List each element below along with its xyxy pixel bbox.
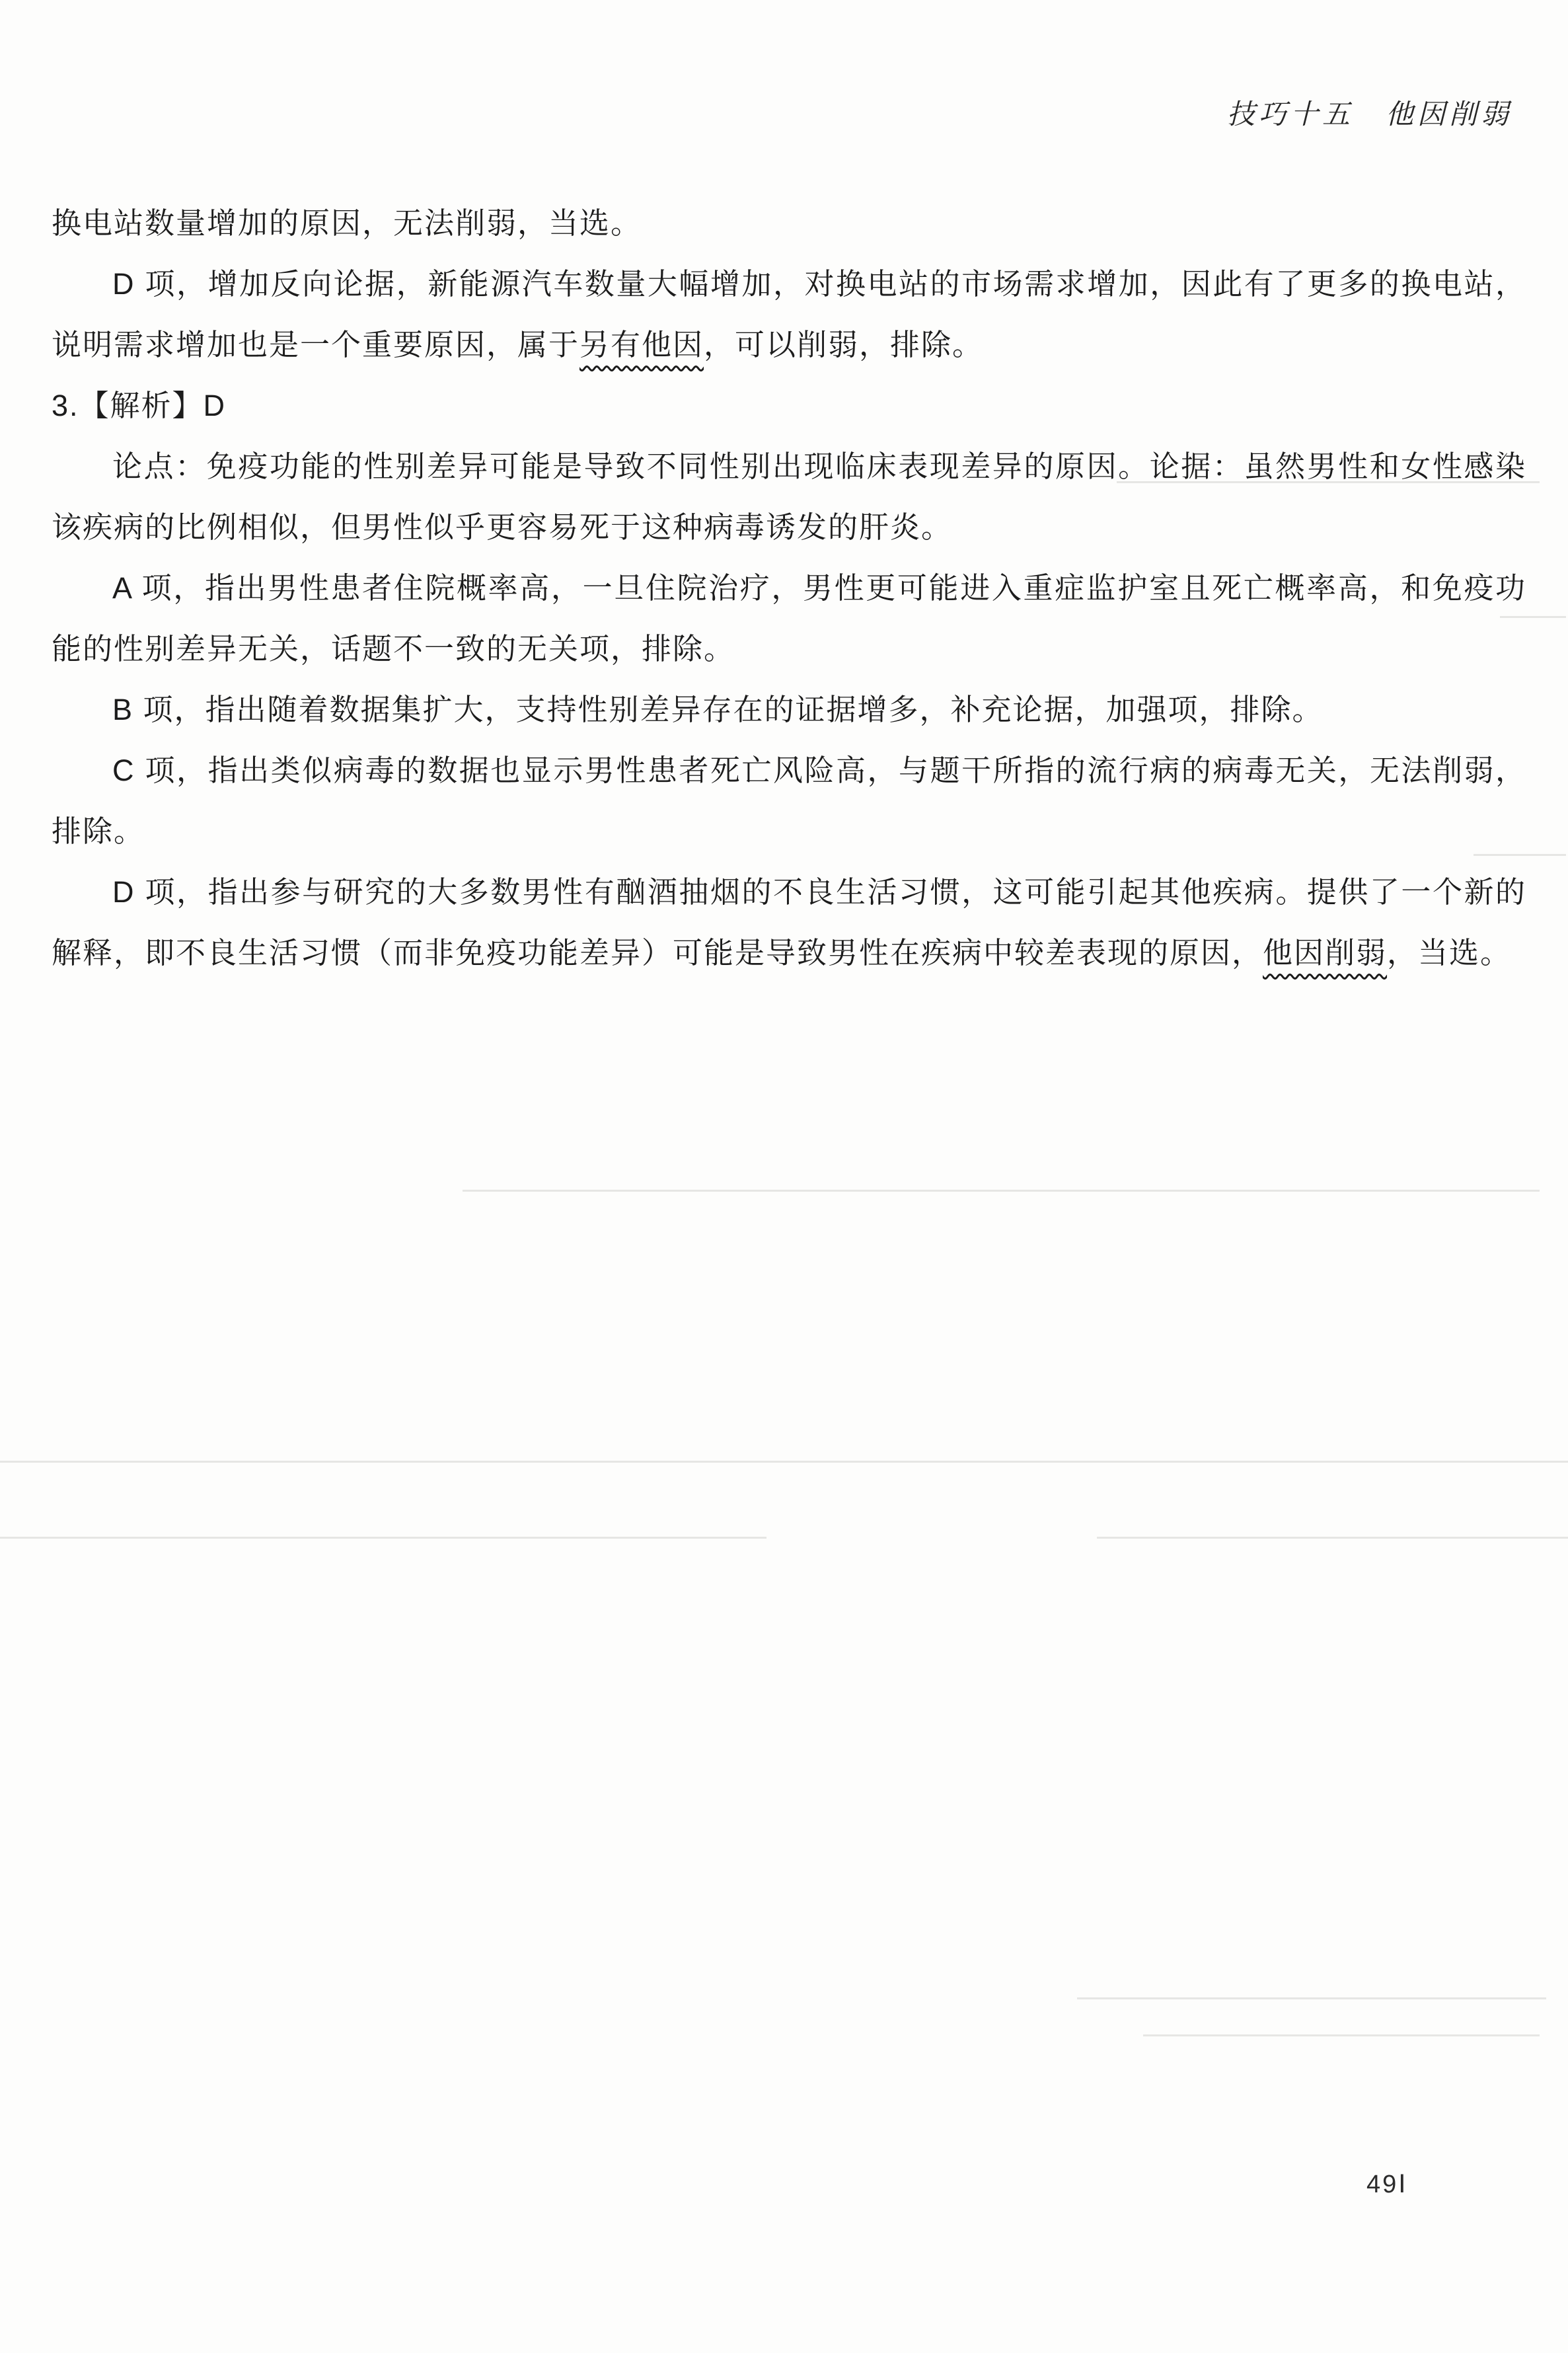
text-segment: 论点：免疫功能的性别差异可能是导致不同性别出现临床表现差异的原因。论据：虽然男性…	[52, 449, 1526, 544]
paragraph: A 项，指出男性患者住院概率高，一旦住院治疗，男性更可能进入重症监护室且死亡概率…	[52, 558, 1526, 679]
scan-artifact-line	[0, 1537, 766, 1539]
scan-artifact-line	[1143, 2034, 1540, 2036]
text-segment: C 项，指出类似病毒的数据也显示男性患者死亡风险高，与题干所指的流行病的病毒无关…	[52, 753, 1526, 848]
scanned-document-page: 技巧十五 他因削弱 换电站数量增加的原因，无法削弱，当选。D 项，增加反向论据，…	[0, 0, 1568, 2353]
text-segment: ，当选。	[1387, 936, 1511, 970]
text-segment: B 项，指出随着数据集扩大，支持性别差异存在的证据增多，补充论据，加强项，排除。	[112, 693, 1324, 726]
scan-artifact-line	[463, 1190, 1540, 1192]
text-segment: 3.【解析】D	[52, 389, 226, 422]
paragraph: B 项，指出随着数据集扩大，支持性别差异存在的证据增多，补充论据，加强项，排除。	[52, 679, 1526, 740]
text-segment: A 项，指出男性患者住院概率高，一旦住院治疗，男性更可能进入重症监护室且死亡概率…	[52, 571, 1526, 666]
paragraph: 论点：免疫功能的性别差异可能是导致不同性别出现临床表现差异的原因。论据：虽然男性…	[52, 436, 1526, 558]
running-header-title: 技巧十五 他因削弱	[1227, 93, 1512, 132]
scan-artifact-line	[1097, 1537, 1568, 1539]
wavy-underlined-phrase: 另有他因	[579, 328, 704, 362]
text-segment: ，可以削弱，排除。	[704, 328, 983, 362]
wavy-underlined-phrase: 他因削弱	[1263, 936, 1387, 970]
paragraph: 换电站数量增加的原因，无法削弱，当选。	[52, 193, 1526, 254]
paragraph: 3.【解析】D	[52, 375, 1526, 436]
text-segment: 换电站数量增加的原因，无法削弱，当选。	[52, 206, 642, 240]
page-number: 49Ⅰ	[1366, 2169, 1407, 2199]
scan-artifact-line	[1077, 1997, 1546, 1999]
paragraph: D 项，增加反向论据，新能源汽车数量大幅增加，对换电站的市场需求增加，因此有了更…	[52, 254, 1526, 375]
paragraph: D 项，指出参与研究的大多数男性有酗酒抽烟的不良生活习惯，这可能引起其他疾病。提…	[52, 862, 1526, 984]
document-body: 换电站数量增加的原因，无法削弱，当选。D 项，增加反向论据，新能源汽车数量大幅增…	[52, 193, 1526, 984]
scan-artifact-line	[0, 1461, 1568, 1463]
paragraph: C 项，指出类似病毒的数据也显示男性患者死亡风险高，与题干所指的流行病的病毒无关…	[52, 740, 1526, 862]
